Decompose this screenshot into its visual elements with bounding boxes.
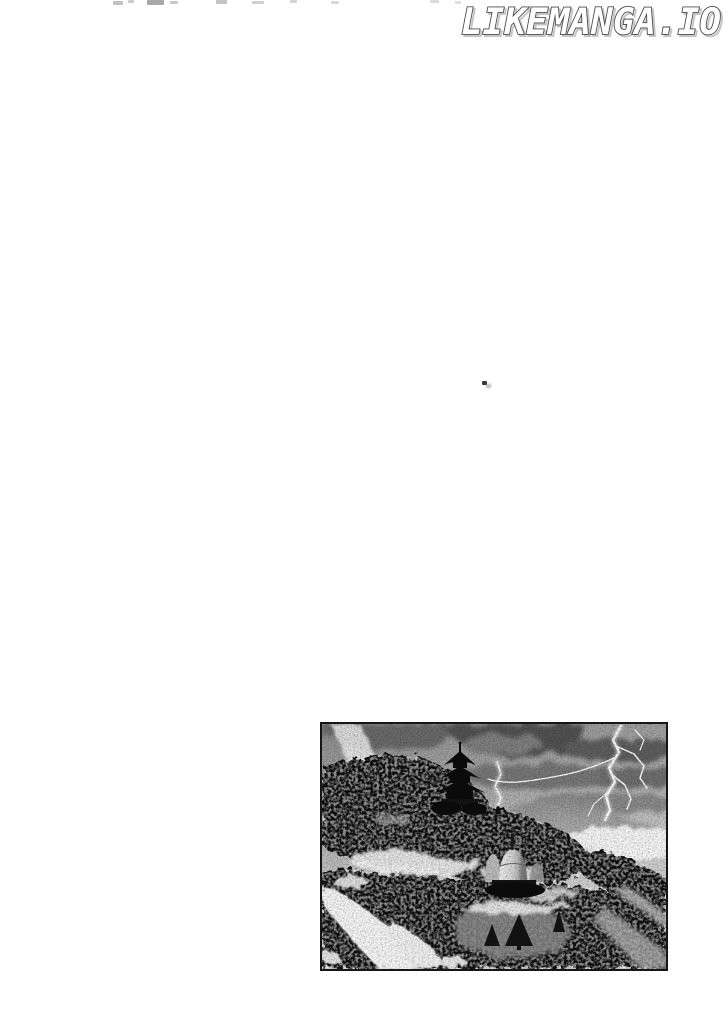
manga-reader-page: LIKEMANGA.IO LIKEMANGA.IO [0, 0, 728, 1029]
dust-speck [482, 381, 487, 385]
site-watermark: LIKEMANGA.IO LIKEMANGA.IO [456, 0, 724, 50]
watermark-text: LIKEMANGA.IO [461, 2, 721, 43]
halftone-grain [322, 724, 666, 969]
manga-panel-art [322, 724, 666, 969]
manga-panel [320, 722, 668, 971]
